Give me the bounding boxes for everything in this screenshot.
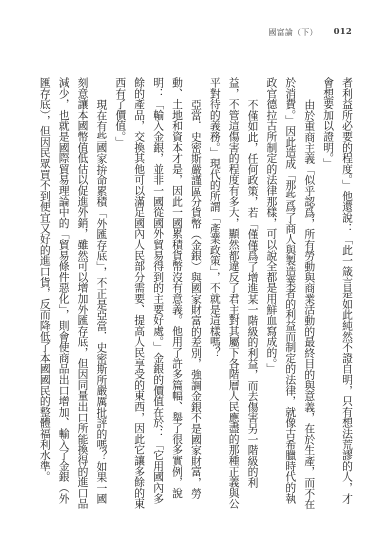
vertical-text-body: 者利益所必要的程度。」他還說：「此一箴言是如此純然不證自明，只有想法荒謬的人，才…	[35, 77, 356, 517]
text-column: 於消費。」因此造成「那些爲了商人與製造業者的利益而制定的法律，就像古希臘時代的執	[280, 77, 299, 517]
text-column: 刻意讓本國幣值低估以促進外銷，雖然可以增加外匯存底，但因同量出口所能換得的進口品	[73, 77, 92, 517]
text-column: 動、土地和資本才是，因此一國累積貨幣沒有意義。他用了許多篇幅、舉了很多實例，說	[167, 77, 186, 517]
text-column: 者利益所必要的程度。」他還說：「此一箴言是如此純然不證自明，只有想法荒謬的人，才	[337, 77, 356, 517]
text-column: 益，不管這傷害的程度有多大，顯然都違反了君主對其屬下各階層人民應盡的那種正義與公	[224, 77, 243, 517]
page-header: 國富論（下） 012	[268, 25, 352, 39]
text-column: 匯存底），但因民眾買不到便宜又好的進口貨，反而降低了本國國民的整體福利水準。	[35, 77, 54, 517]
text-column: 會想要加以證明。」	[318, 77, 337, 517]
text-column: 西有了價值。」	[110, 77, 129, 517]
page-number: 012	[334, 27, 352, 37]
paragraph-start-column: 不僅如此，任何政策，若「僅僅爲了增進某一階級的利益，而去傷害另一階級的利	[243, 77, 262, 517]
text-column: 減少，也就是國際貿易理論中的「貿易條件惡化」，則會使商品出口增加、輸入了金銀（外	[54, 77, 73, 517]
running-head-book-title: 國富論（下）	[268, 27, 317, 38]
paragraph-start-column: 由於重商主義「似乎認爲，所有勞動與商業活動的最終目的與意義，在於生產，而不在	[299, 77, 318, 517]
text-column: 政官德拉古所制定的法律那樣，可以說全都是用鮮血寫成的。」	[262, 77, 281, 517]
text-column: 平對待的義務。」現代的所謂「產業政策」，不就是這樣嗎？	[205, 77, 224, 517]
text-column: 明：「輸入金銀，並非一國從國外貿易得到的主要好處。」金銀的價值在於：「它用國內多	[148, 77, 167, 517]
paragraph-start-column: 現在有些國家拚命累積「外匯存底」，不正是亞當．史密斯所嚴厲批評的嗎？如果一國	[92, 77, 111, 517]
paragraph-start-column: 亞當．史密斯嚴謹區分貨幣（金銀）與國家財富的差別，強調金銀不是國家財富，勞	[186, 77, 205, 517]
text-column: 餘的產品，交換其他可以滿足國內人民部分需要、提高人民享受的東西，因此它讓多餘的東	[129, 77, 148, 517]
